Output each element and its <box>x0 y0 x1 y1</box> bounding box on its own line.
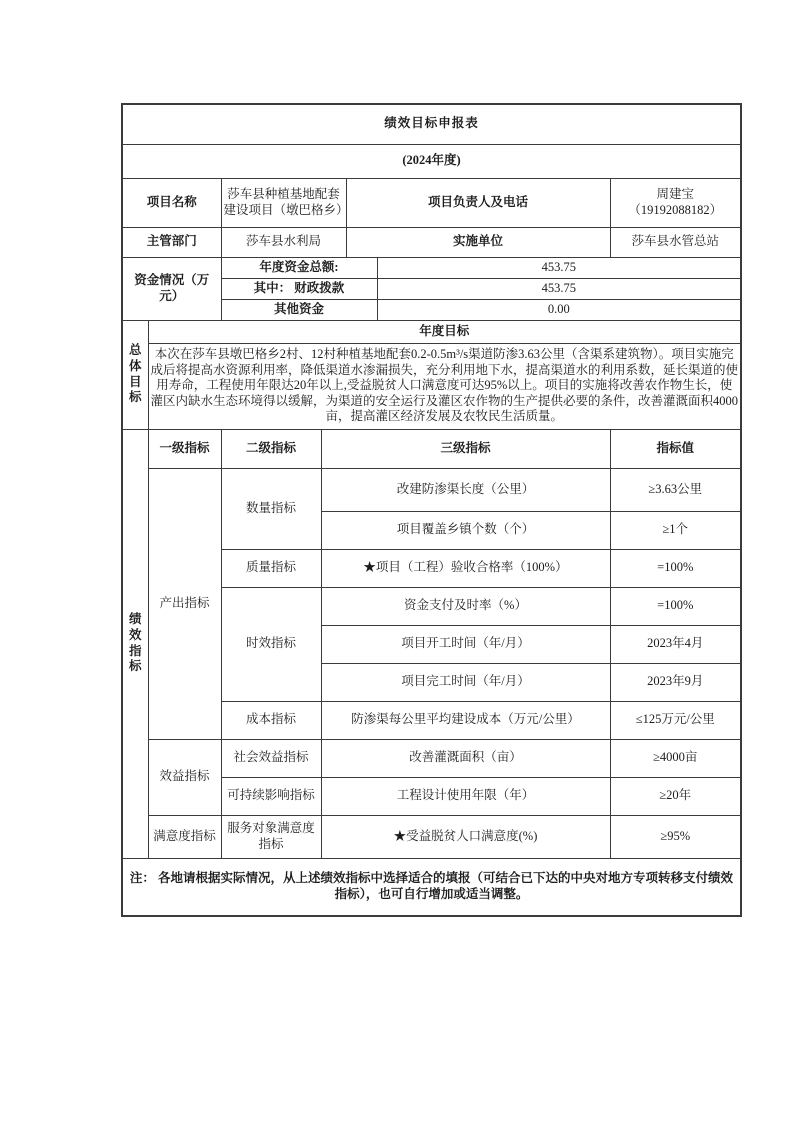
funding-other-value: 0.00 <box>377 299 741 320</box>
annual-goal-header: 年度目标 <box>148 320 741 343</box>
performance-target-form-page: 绩效目标申报表 (2024年度) 项目名称 莎车县种植基地配套建设项目（墩巴格乡… <box>0 0 793 1122</box>
project-name-value: 莎车县种植基地配套建设项目（墩巴格乡） <box>221 178 346 227</box>
overall-goal-side-label: 总体 目标 <box>122 320 148 429</box>
indicator-value: ≥4000亩 <box>610 739 741 777</box>
indicator-value: ≥20年 <box>610 777 741 815</box>
level2-timeliness-indicator: 时效指标 <box>221 587 321 701</box>
annual-goal-text: 本次在莎车县墩巴格乡2村、12村种植基地配套0.2-0.5m³/s渠道防渗3.6… <box>148 343 741 429</box>
indicator-value: =100% <box>610 549 741 587</box>
indicator-name: 改善灌溉面积（亩） <box>321 739 610 777</box>
funding-section-label: 资金情况（万 元） <box>122 257 221 320</box>
indicator-name: 工程设计使用年限（年） <box>321 777 610 815</box>
level2-cost-indicator: 成本指标 <box>221 701 321 739</box>
indicator-name: 项目覆盖乡镇个数（个） <box>321 511 610 549</box>
indicator-name: 防渗渠每公里平均建设成本（万元/公里） <box>321 701 610 739</box>
form-title: 绩效目标申报表 <box>122 104 741 144</box>
performance-indicators-side-label: 绩 效 指 标 <box>122 429 148 858</box>
indicator-value: ≥3.63公里 <box>610 468 741 511</box>
project-name-label: 项目名称 <box>122 178 221 227</box>
level2-header: 二级指标 <box>221 429 321 468</box>
indicator-name: ★受益脱贫人口满意度(%) <box>321 815 610 858</box>
funding-other-label: 其他资金 <box>221 299 377 320</box>
indicator-name: ★项目（工程）验收合格率（100%） <box>321 549 610 587</box>
level2-sustainability-indicator: 可持续影响指标 <box>221 777 321 815</box>
indicator-value: ≥95% <box>610 815 741 858</box>
funding-fiscal-value: 453.75 <box>377 278 741 299</box>
indicator-name: 项目开工时间（年/月） <box>321 625 610 663</box>
department-label: 主管部门 <box>122 227 221 257</box>
level2-social-benefit-indicator: 社会效益指标 <box>221 739 321 777</box>
indicator-value: 2023年9月 <box>610 663 741 701</box>
funding-total-label: 年度资金总额: <box>221 257 377 278</box>
level3-header: 三级指标 <box>321 429 610 468</box>
funding-fiscal-label: 其中： 财政拨款 <box>221 278 377 299</box>
implementing-unit-label: 实施单位 <box>346 227 610 257</box>
indicator-value-header: 指标值 <box>610 429 741 468</box>
level2-quantity-indicator: 数量指标 <box>221 468 321 549</box>
level1-benefit-indicator: 效益指标 <box>148 739 221 815</box>
level2-service-satisfaction-indicator: 服务对象满意度指标 <box>221 815 321 858</box>
indicator-name: 改建防渗渠长度（公里） <box>321 468 610 511</box>
form-year: (2024年度) <box>122 144 741 178</box>
implementing-unit-value: 莎车县水管总站 <box>610 227 741 257</box>
department-value: 莎车县水利局 <box>221 227 346 257</box>
level1-header: 一级指标 <box>148 429 221 468</box>
footer-note: 注： 各地请根据实际情况，从上述绩效指标中选择适合的填报（可结合已下达的中央对地… <box>122 858 741 916</box>
performance-target-form-table: 绩效目标申报表 (2024年度) 项目名称 莎车县种植基地配套建设项目（墩巴格乡… <box>121 103 742 917</box>
indicator-name: 资金支付及时率（%） <box>321 587 610 625</box>
level1-output-indicator: 产出指标 <box>148 468 221 739</box>
manager-value: 周建宝 （19192088182） <box>610 178 741 227</box>
level2-quality-indicator: 质量指标 <box>221 549 321 587</box>
funding-total-value: 453.75 <box>377 257 741 278</box>
manager-label: 项目负责人及电话 <box>346 178 610 227</box>
indicator-name: 项目完工时间（年/月） <box>321 663 610 701</box>
level1-satisfaction-indicator: 满意度指标 <box>148 815 221 858</box>
indicator-value: =100% <box>610 587 741 625</box>
indicator-value: ≥1个 <box>610 511 741 549</box>
indicator-value: 2023年4月 <box>610 625 741 663</box>
indicator-value: ≤125万元/公里 <box>610 701 741 739</box>
